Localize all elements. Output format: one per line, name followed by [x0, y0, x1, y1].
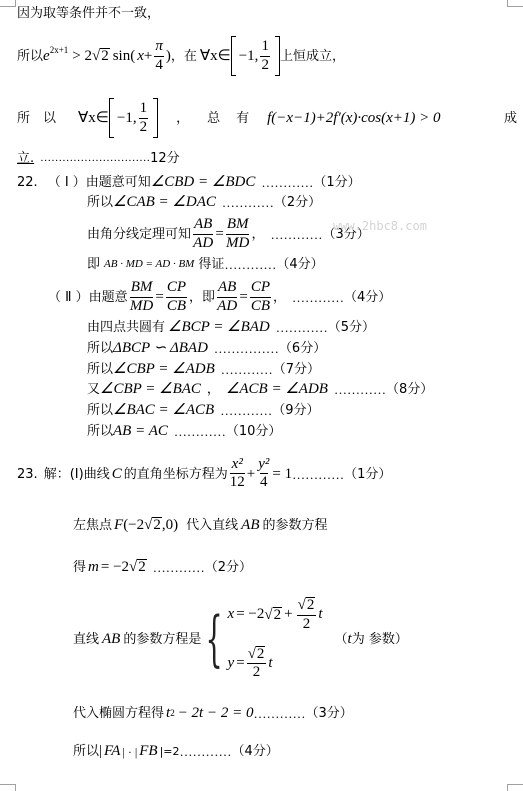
score: （2分） — [205, 561, 252, 574]
question-23-line-2: 左焦点 F (−2 √2 ,0) 代入直线 AB 的参数方程 — [73, 517, 328, 533]
question-23-line-6: 所以 | FA | · | FB |=2 ………… （4分） — [73, 744, 279, 759]
equation-x: x = −2 √2 + √22 t — [228, 597, 323, 633]
question-number: 23. — [17, 468, 38, 481]
text: 的直角坐标方程为 — [124, 468, 228, 481]
numerator: CP — [250, 280, 271, 298]
denominator: MD — [130, 298, 153, 315]
equation-system: x = −2 √2 + √22 t y = √22 t — [228, 597, 323, 681]
math-var: FB — [139, 744, 157, 759]
numerator: 1 — [139, 101, 149, 119]
leader-dots: ………… — [253, 707, 305, 720]
math-expression: ∠BCP = ∠BAD — [168, 320, 270, 335]
text: 解： — [44, 468, 70, 481]
score: （10分） — [226, 425, 282, 438]
text: 得 — [73, 561, 86, 574]
score: （3分） — [305, 707, 352, 720]
text: ， — [273, 291, 286, 304]
text: 因为取等条件并不一致， — [17, 7, 160, 20]
text: 总 — [207, 112, 220, 125]
leader-dots: ………… — [271, 228, 323, 241]
text: 所以 — [17, 50, 43, 63]
numerator: CP — [166, 280, 187, 298]
leader-dots: ………… — [261, 176, 313, 189]
denominator: AD — [193, 235, 213, 252]
text-line: 立. ………………………… 12分 — [17, 152, 180, 165]
math-text: ∀x∈ — [78, 111, 109, 126]
fraction: CPCB — [250, 280, 271, 315]
page-corner-mark — [0, 784, 16, 791]
denominator: 12 — [230, 473, 245, 491]
math-expression: ∠CBP = ∠BAC — [100, 382, 201, 397]
text: 曲线 — [84, 468, 110, 481]
text: ，即 — [189, 291, 215, 304]
sqrt: √2 — [129, 559, 147, 575]
math-text: + — [144, 49, 152, 64]
math-var: x — [137, 49, 144, 64]
question-22-line-8: 又 ∠CBP = ∠BAC ， ∠ACB = ∠ADB ………… （8分） — [87, 382, 433, 397]
text: 得证 — [198, 258, 224, 271]
math-var: t — [318, 607, 322, 622]
leader-dots: ………… — [220, 404, 272, 417]
fraction: BMMD — [226, 217, 250, 252]
score: （4分） — [276, 258, 323, 271]
question-22-part-2-line-1: （ Ⅱ ） 由题意 BMMD = CPCB ，即 ABAD = CPCB ， …… — [48, 278, 391, 316]
leader-dots: ………… — [153, 561, 205, 574]
denominator: MD — [226, 235, 249, 252]
question-23-line-3: 得 m = −2 √2 ………… （2分） — [73, 559, 252, 575]
text: 所以 — [87, 425, 113, 438]
text: 由四点共圆有 — [87, 321, 165, 334]
part-label: (I) — [70, 468, 84, 481]
fraction: 12 — [139, 101, 149, 136]
math-expression: AB = AC — [113, 424, 168, 439]
leader-dots: ………… — [221, 363, 273, 376]
text: 有 — [236, 112, 249, 125]
text: 代入椭圆方程得 — [73, 707, 164, 720]
question-22-line-7: 所以 ∠CBP = ∠ADB ………… （7分） — [87, 362, 320, 377]
fraction: y²4 — [257, 457, 270, 491]
text: ， — [207, 383, 220, 396]
text: 的参数方程 — [262, 519, 327, 532]
fraction: CPCB — [166, 280, 187, 315]
denominator: CB — [167, 298, 186, 315]
equation-line: 所 以 ∀x∈ −1, 12 ， 总 有 f(−x−1)+2f′(x)·cos(… — [17, 98, 517, 138]
question-22-line-3: 由角分线定理可知 ABAD = BMMD ， ………… （3分） — [87, 215, 370, 253]
score: （1分） — [313, 176, 360, 189]
sqrt-content: 2 — [256, 646, 266, 663]
math-text: | — [99, 744, 102, 759]
fraction: ABAD — [193, 217, 213, 252]
math-expression: AB · MD = AD · BM — [104, 259, 194, 270]
math-expression: ∠CBP = ∠ADB — [113, 362, 215, 377]
equation-line: 所以 e 2x+1 > 2 √2 sin( x + π4 ) ，在 ∀x∈ −1… — [17, 36, 345, 76]
math-var: AB — [102, 632, 120, 647]
denominator: 4 — [155, 57, 163, 74]
question-22-line-9: 所以 ∠BAC = ∠ACB ………… （9分） — [87, 403, 319, 418]
math-text: sin( — [113, 49, 136, 64]
question-22-line-4: 即 AB · MD = AD · BM 得证 ………… （4分） — [87, 258, 324, 271]
math-text: = — [155, 290, 163, 305]
interval: −1, 12 — [109, 98, 158, 138]
score: （9分） — [272, 404, 319, 417]
math-var: F — [114, 518, 123, 533]
fraction: √22 — [297, 597, 317, 633]
math-expression: ∠CAB = ∠DAC — [113, 195, 216, 210]
score: （8分） — [386, 383, 433, 396]
leader-dots: ………… — [334, 383, 386, 396]
leader-dots: ………… — [276, 321, 328, 334]
math-text: | · | — [122, 746, 137, 758]
text: 即 — [87, 258, 100, 271]
denominator: 2 — [140, 119, 148, 136]
text: ， — [251, 228, 264, 241]
text: 所以 — [87, 404, 113, 417]
interval: −1, 12 — [231, 36, 280, 76]
text: 又 — [87, 383, 100, 396]
text: 左焦点 — [73, 519, 112, 532]
text: |=2 — [160, 746, 180, 757]
question-23-line-5: 代入椭圆方程得 t 2 − 2t − 2 = 0 ………… （3分） — [73, 706, 353, 721]
text: 成 — [504, 112, 517, 125]
numerator: BM — [130, 280, 154, 298]
score: 12分 — [150, 152, 180, 165]
question-number: 22. — [17, 176, 38, 189]
math-var: t — [268, 656, 272, 671]
math-text: ∀x∈ — [200, 49, 231, 64]
text: 立. — [17, 152, 34, 165]
leader-dots: ………… — [224, 258, 276, 271]
math-expression: ∠BAC = ∠ACB — [113, 403, 214, 418]
score: （2分） — [274, 196, 321, 209]
leader-dots: ………… — [174, 425, 226, 438]
leader-dots: ………… — [292, 468, 344, 481]
text: 由题意可知 — [86, 176, 151, 189]
page-corner-mark — [507, 784, 523, 791]
math-var: C — [112, 467, 122, 482]
math-text: + — [247, 467, 255, 482]
score: （1分） — [344, 468, 391, 481]
question-22-line-6: 所以 ΔBCP ∽ ΔBAD …………… （6分） — [87, 341, 326, 356]
fraction: BMMD — [130, 280, 154, 315]
equation-y: y = √22 t — [228, 646, 323, 682]
math-text: = — [239, 290, 247, 305]
denominator: CB — [251, 298, 270, 315]
page-corner-mark — [0, 0, 16, 7]
fraction: ABAD — [217, 280, 237, 315]
question-23-line-1: 23. 解： (I) 曲线 C 的直角坐标方程为 x²12 + y²4 = 1 … — [17, 455, 391, 493]
text: ， — [176, 112, 189, 125]
text: 为 参数） — [352, 633, 408, 646]
math-text: = −2 — [236, 607, 264, 622]
numerator: BM — [226, 217, 250, 235]
text: 直线 — [73, 633, 99, 646]
leader-dots: ………… — [292, 291, 344, 304]
math-text: = — [215, 227, 223, 242]
text: 所 — [17, 112, 30, 125]
text: 由角分线定理可知 — [87, 228, 191, 241]
math-text: ,0) — [162, 518, 178, 533]
numerator: π — [154, 39, 164, 57]
math-exponent: 2 — [170, 709, 175, 718]
text: （ — [335, 633, 348, 646]
fraction: 12 — [260, 39, 270, 74]
score: （4分） — [344, 291, 391, 304]
text: 所以 — [87, 363, 113, 376]
numerator: y² — [257, 457, 270, 473]
text: 所以 — [87, 342, 113, 355]
math-expression: ΔBCP ∽ ΔBAD — [113, 341, 208, 356]
math-text: = −2 — [101, 560, 129, 575]
question-22-line-10: 所以 AB = AC ………… （10分） — [87, 424, 281, 439]
math-text: > 2 — [72, 49, 92, 64]
math-e: e — [43, 49, 50, 64]
score: （6分） — [279, 342, 326, 355]
sqrt-content: 2 — [152, 517, 162, 533]
score: （4分） — [232, 745, 279, 758]
math-text: (−2 — [123, 518, 144, 533]
text: 所以 — [73, 745, 99, 758]
fraction: √22 — [247, 646, 267, 682]
math-text: = — [236, 656, 244, 671]
math-exponent: 2x+1 — [50, 46, 69, 55]
math-var: AB — [241, 518, 259, 533]
numerator: x² — [231, 457, 244, 473]
math-expression: − 2t − 2 = 0 — [178, 706, 254, 721]
sqrt-content: 2 — [100, 48, 110, 64]
leader-dots: …………… — [214, 342, 279, 355]
denominator: 2 — [261, 57, 269, 74]
denominator: 2 — [303, 616, 311, 633]
left-brace: { — [206, 609, 223, 669]
math-text: + — [284, 607, 292, 622]
math-var: y — [228, 656, 235, 671]
math-expression: ∠ACB = ∠ADB — [226, 382, 328, 397]
watermark: www.2hbc8.com — [333, 219, 427, 233]
fraction: x²12 — [230, 457, 245, 491]
math-var: m — [88, 560, 99, 575]
question-22-line-2: 所以 ∠CAB = ∠DAC ………… （2分） — [87, 195, 321, 210]
math-text: −1, — [117, 111, 137, 126]
question-22-line-5: 由四点共圆有 ∠BCP = ∠BAD ………… （5分） — [87, 320, 375, 335]
leader-dots: ………… — [222, 196, 274, 209]
denominator: 4 — [260, 473, 268, 491]
numerator: 1 — [260, 39, 270, 57]
denominator: 2 — [253, 664, 261, 681]
denominator: AD — [217, 298, 237, 315]
sqrt: √2 — [264, 607, 282, 623]
question-22-line-1: 22. （ Ⅰ ） 由题意可知 ∠CBD = ∠BDC ………… （1分） — [17, 175, 361, 190]
math-text: −1, — [239, 49, 259, 64]
text: 以 — [43, 112, 56, 125]
math-text: = 1 — [272, 467, 292, 482]
text: ，在 — [171, 50, 197, 63]
numerator: AB — [193, 217, 213, 235]
document-page: 因为取等条件并不一致， 所以 e 2x+1 > 2 √2 sin( x + π4… — [0, 0, 523, 791]
text: 由题意 — [89, 291, 128, 304]
leader-dots: ………………………… — [40, 153, 150, 164]
sqrt-content: 2 — [137, 559, 147, 575]
score: （7分） — [273, 363, 320, 376]
part-label: （ Ⅰ ） — [48, 176, 86, 189]
numerator: AB — [217, 280, 237, 298]
part-label: （ Ⅱ ） — [48, 291, 89, 304]
question-23-line-4: 直线 AB 的参数方程是 { x = −2 √2 + √22 t y = √22… — [73, 594, 408, 684]
leader-dots: ………… — [180, 745, 232, 758]
fraction: π4 — [154, 39, 164, 74]
text: 所以 — [87, 196, 113, 209]
math-var: FA — [104, 744, 120, 759]
sqrt-content: 2 — [306, 597, 316, 614]
math-expression: f(−x−1)+2f′(x)·cos(x+1) > 0 — [267, 111, 440, 126]
text: 上恒成立， — [280, 50, 345, 63]
text-line: 因为取等条件并不一致， — [17, 7, 160, 20]
text: 代入直线 — [186, 519, 238, 532]
math-expression: ∠CBD = ∠BDC — [151, 175, 256, 190]
math-var: x — [228, 607, 235, 622]
sqrt: √2 — [92, 48, 110, 64]
text: 的参数方程是 — [123, 633, 201, 646]
sqrt-content: 2 — [273, 607, 283, 623]
page-corner-mark — [507, 0, 523, 7]
score: （5分） — [328, 321, 375, 334]
sqrt: √2 — [144, 517, 162, 533]
